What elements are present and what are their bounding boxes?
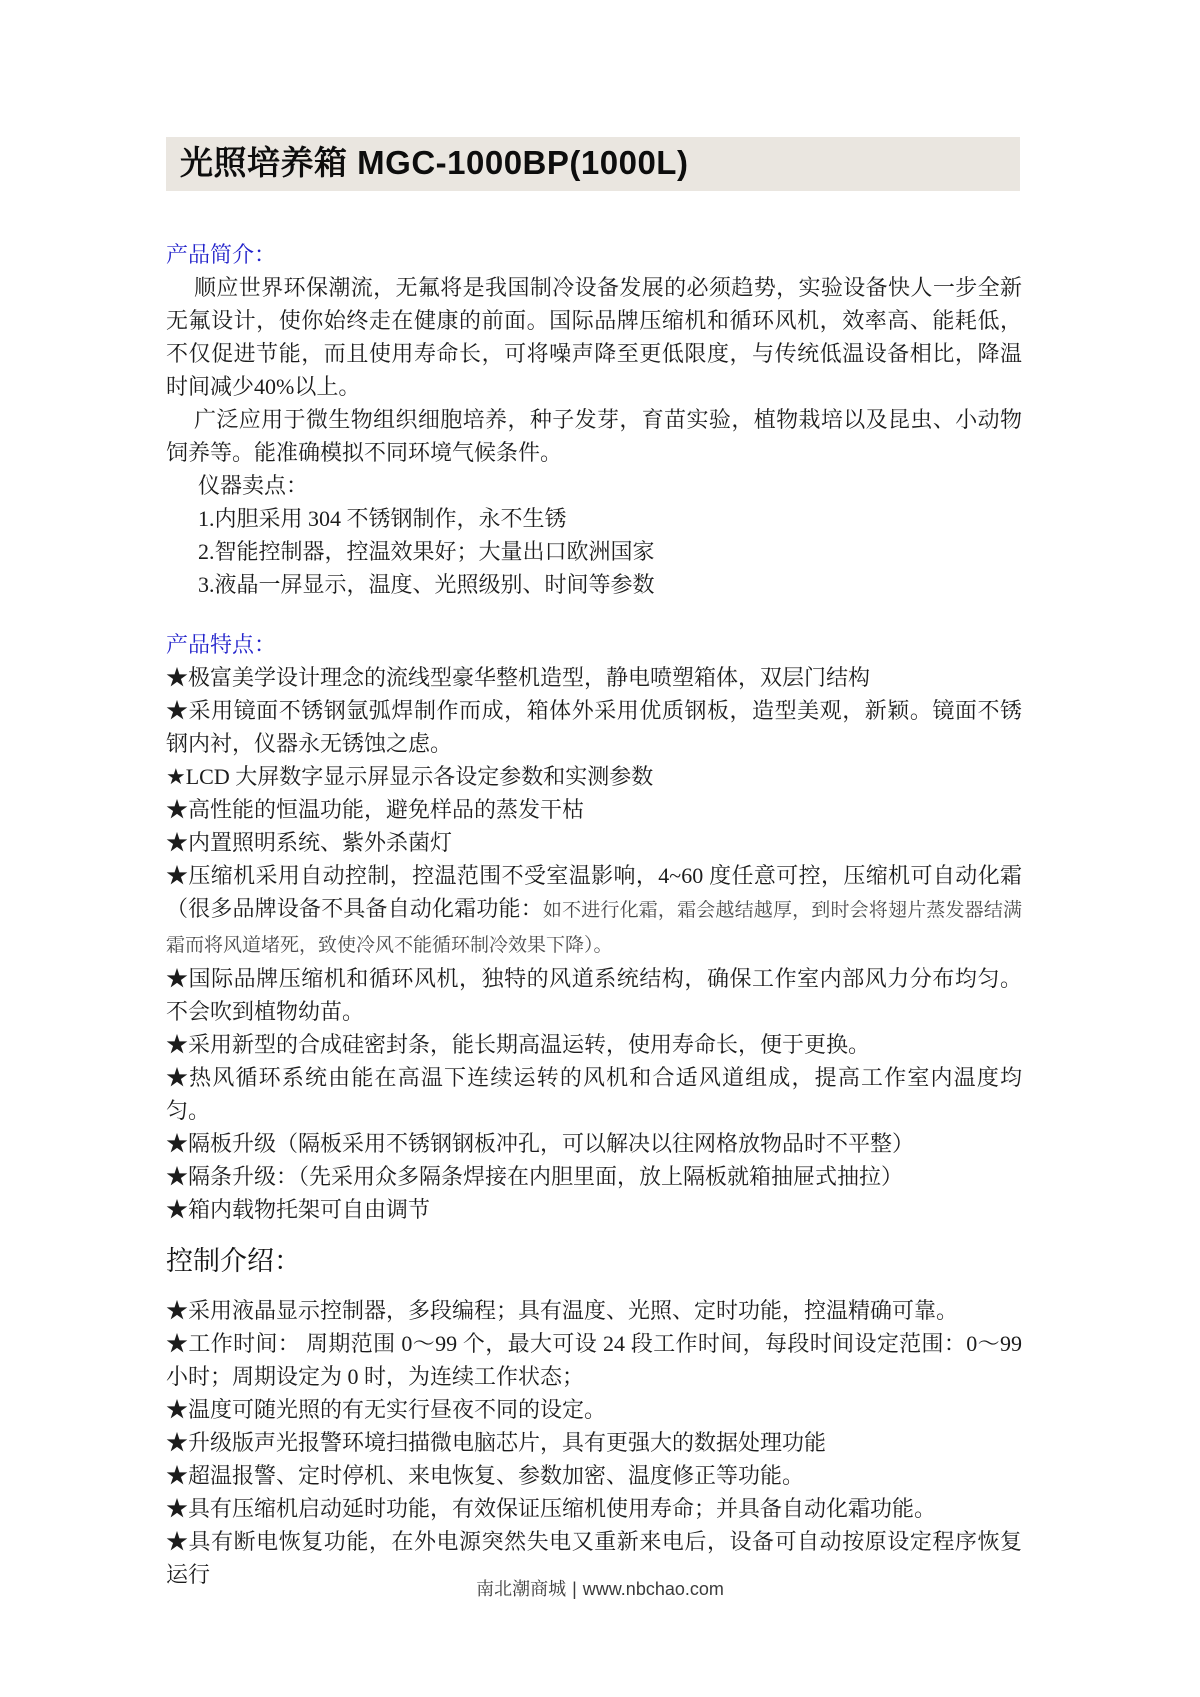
feature-item: ★隔板升级（隔板采用不锈钢钢板冲孔，可以解决以往网格放物品时不平整）: [166, 1127, 1022, 1160]
intro-heading: 产品简介：: [166, 238, 1022, 271]
footer-url: www.nbchao.com: [583, 1579, 724, 1599]
control-item: ★超温报警、定时停机、来电恢复、参数加密、温度修正等功能。: [166, 1459, 1022, 1492]
page-footer: 南北潮商城|www.nbchao.com: [0, 1575, 1200, 1601]
feature-text: ★隔板升级（隔板采用不锈钢钢板冲孔，可以解决以往网格放物品时不平整）: [166, 1131, 914, 1156]
feature-item: ★采用镜面不锈钢氩弧焊制作而成，箱体外采用优质钢板，造型美观，新颖。镜面不锈钢内…: [166, 694, 1022, 760]
features-heading: 产品特点：: [166, 628, 1022, 661]
control-item: ★工作时间： 周期范围 0～99 个，最大可设 24 段工作时间，每段时间设定范…: [166, 1327, 1022, 1393]
selling-point-item: 2.智能控制器，控温效果好；大量出口欧洲国家: [198, 535, 1022, 568]
selling-points-title: 仪器卖点：: [198, 469, 1022, 502]
feature-item: ★箱内载物托架可自由调节: [166, 1193, 1022, 1226]
feature-item: ★热风循环系统由能在高温下连续运转的风机和合适风道组成，提高工作室内温度均匀。: [166, 1061, 1022, 1127]
selling-point-item: 3.液晶一屏显示，温度、光照级别、时间等参数: [198, 568, 1022, 601]
title-bar: 光照培养箱 MGC-1000BP(1000L): [166, 137, 1020, 191]
feature-text: ★热风循环系统由能在高温下连续运转的风机和合适风道组成，提高工作室内温度均匀。: [166, 1065, 1022, 1123]
feature-text: ★箱内载物托架可自由调节: [166, 1197, 430, 1222]
feature-item: ★国际品牌压缩机和循环风机，独特的风道系统结构，确保工作室内部风力分布均匀。不会…: [166, 962, 1022, 1028]
document-page: 光照培养箱 MGC-1000BP(1000L) 产品简介： 顺应世界环保潮流，无…: [0, 0, 1200, 1697]
feature-item: ★内置照明系统、紫外杀菌灯: [166, 826, 1022, 859]
feature-text: ★LCD 大屏数字显示屏显示各设定参数和实测参数: [166, 764, 653, 789]
intro-paragraph: 广泛应用于微生物组织细胞培养，种子发芽，育苗实验，植物栽培以及昆虫、小动物饲养等…: [166, 403, 1022, 469]
intro-paragraph: 顺应世界环保潮流，无氟将是我国制冷设备发展的必须趋势，实验设备快人一步全新无氟设…: [166, 271, 1022, 403]
feature-item: ★高性能的恒温功能，避免样品的蒸发干枯: [166, 793, 1022, 826]
feature-item: ★采用新型的合成硅密封条，能长期高温运转，使用寿命长，便于更换。: [166, 1028, 1022, 1061]
control-item: ★温度可随光照的有无实行昼夜不同的设定。: [166, 1393, 1022, 1426]
feature-text: ★高性能的恒温功能，避免样品的蒸发干枯: [166, 797, 584, 822]
feature-text: ★采用镜面不锈钢氩弧焊制作而成，箱体外采用优质钢板，造型美观，新颖。镜面不锈钢内…: [166, 698, 1022, 756]
feature-text: ★极富美学设计理念的流线型豪华整机造型，静电喷塑箱体，双层门结构: [166, 665, 870, 690]
feature-item: ★LCD 大屏数字显示屏显示各设定参数和实测参数: [166, 760, 1022, 793]
control-item: ★具有压缩机启动延时功能，有效保证压缩机使用寿命；并具备自动化霜功能。: [166, 1492, 1022, 1525]
control-item: ★采用液晶显示控制器，多段编程；具有温度、光照、定时功能，控温精确可靠。: [166, 1294, 1022, 1327]
document-content: 产品简介： 顺应世界环保潮流，无氟将是我国制冷设备发展的必须趋势，实验设备快人一…: [166, 238, 1022, 1591]
selling-point-item: 1.内胆采用 304 不锈钢制作，永不生锈: [198, 502, 1022, 535]
feature-text: ★隔条升级：（先采用众多隔条焊接在内胆里面，放上隔板就箱抽屉式抽拉）: [166, 1164, 903, 1189]
feature-item: ★极富美学设计理念的流线型豪华整机造型，静电喷塑箱体，双层门结构: [166, 661, 1022, 694]
footer-site-name: 南北潮商城: [476, 1579, 566, 1599]
page-title: 光照培养箱 MGC-1000BP(1000L): [180, 144, 1010, 182]
footer-separator: |: [566, 1579, 583, 1599]
feature-item: ★隔条升级：（先采用众多隔条焊接在内胆里面，放上隔板就箱抽屉式抽拉）: [166, 1160, 1022, 1193]
feature-text: ★采用新型的合成硅密封条，能长期高温运转，使用寿命长，便于更换。: [166, 1032, 870, 1057]
controls-heading: 控制介绍：: [166, 1243, 1022, 1279]
control-item: ★升级版声光报警环境扫描微电脑芯片，具有更强大的数据处理功能: [166, 1426, 1022, 1459]
feature-text: ★内置照明系统、紫外杀菌灯: [166, 830, 452, 855]
feature-item: ★压缩机采用自动控制，控温范围不受室温影响，4~60 度任意可控，压缩机可自动化…: [166, 859, 1022, 962]
feature-text: ★国际品牌压缩机和循环风机，独特的风道系统结构，确保工作室内部风力分布均匀。不会…: [166, 966, 1022, 1024]
